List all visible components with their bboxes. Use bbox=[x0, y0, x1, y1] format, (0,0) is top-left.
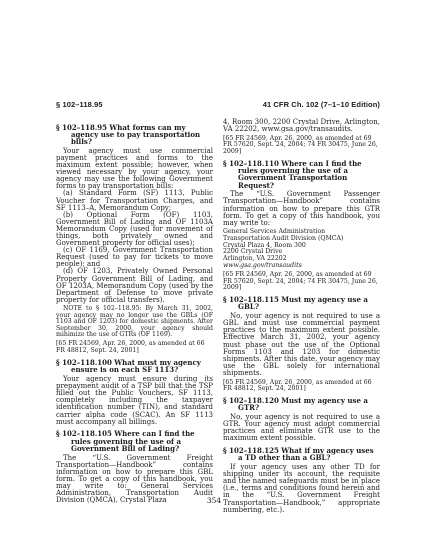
fr-citation: [65 FR 24569, Apr. 26, 2000, as amended … bbox=[56, 341, 213, 354]
paragraph: Your agency must use commercial payment … bbox=[56, 148, 213, 191]
section-heading-102-118-125: § 102–118.125 What if my agency uses a T… bbox=[223, 447, 380, 462]
section-heading-102-118-110: § 102–118.110 Where can I find the rules… bbox=[223, 160, 380, 189]
paragraph: No, your agency is not required to use a… bbox=[223, 313, 380, 377]
section-heading-102-118-100: § 102–118.100 What must my agency ensure… bbox=[56, 359, 213, 374]
paragraph: Your agency must ensure during its prepa… bbox=[56, 376, 213, 426]
two-column-text-area: § 102–118.95 What forms can my agency us… bbox=[56, 119, 380, 514]
cfr-document-page: § 102–118.95 41 CFR Ch. 102 (7–1–10 Edit… bbox=[0, 0, 428, 554]
paragraph-continuation: 4, Room 300, 2200 Crystal Drive, Arlingt… bbox=[223, 119, 380, 133]
list-item-b: (b) Optional Form (OF) 1103, Government … bbox=[56, 212, 213, 247]
section-heading-102-118-120: § 102–118.120 Must my agency use a GTR? bbox=[223, 397, 380, 412]
left-column: § 102–118.95 What forms can my agency us… bbox=[56, 119, 213, 514]
fr-citation: [65 FR 24569, Apr. 26, 2000, as amended … bbox=[223, 136, 380, 156]
section-heading-102-118-115: § 102–118.115 Must my agency use a GBL? bbox=[223, 296, 380, 311]
section-heading-102-118-105: § 102–118.105 Where can I find the rules… bbox=[56, 430, 213, 452]
page-number: 354 bbox=[0, 496, 428, 505]
paragraph: If your agency uses any other TD for shi… bbox=[223, 464, 380, 514]
paragraph: No, your agency is not required to use a… bbox=[223, 414, 380, 442]
fr-citation: [65 FR 24569, Apr. 26, 2000, as amended … bbox=[223, 272, 380, 292]
running-head: § 102–118.95 41 CFR Ch. 102 (7–1–10 Edit… bbox=[56, 100, 380, 109]
running-head-edition: 41 CFR Ch. 102 (7–1–10 Edition) bbox=[263, 100, 380, 109]
note-102-118-95: NOTE to § 102–118.95: By March 31, 2002,… bbox=[56, 306, 213, 339]
running-head-section-ref: § 102–118.95 bbox=[56, 100, 103, 109]
section-heading-102-118-95: § 102–118.95 What forms can my agency us… bbox=[56, 124, 213, 146]
address-line-url: www.gsa.gov/transaudits bbox=[223, 263, 380, 270]
address-block: General Services Administration Transpor… bbox=[223, 229, 380, 269]
fr-citation: [65 FR 24569, Apr. 26, 2000, as amended … bbox=[223, 380, 380, 393]
list-item-c: (c) OF 1169, Government Transportation R… bbox=[56, 247, 213, 268]
list-item-a: (a) Standard Form (SF) 1113, Public Vouc… bbox=[56, 190, 213, 211]
paragraph: The “U.S. Government Passenger Transport… bbox=[223, 191, 380, 226]
list-item-d: (d) OF 1203, Privately Owned Personal Pr… bbox=[56, 268, 213, 303]
right-column: 4, Room 300, 2200 Crystal Drive, Arlingt… bbox=[223, 119, 380, 514]
